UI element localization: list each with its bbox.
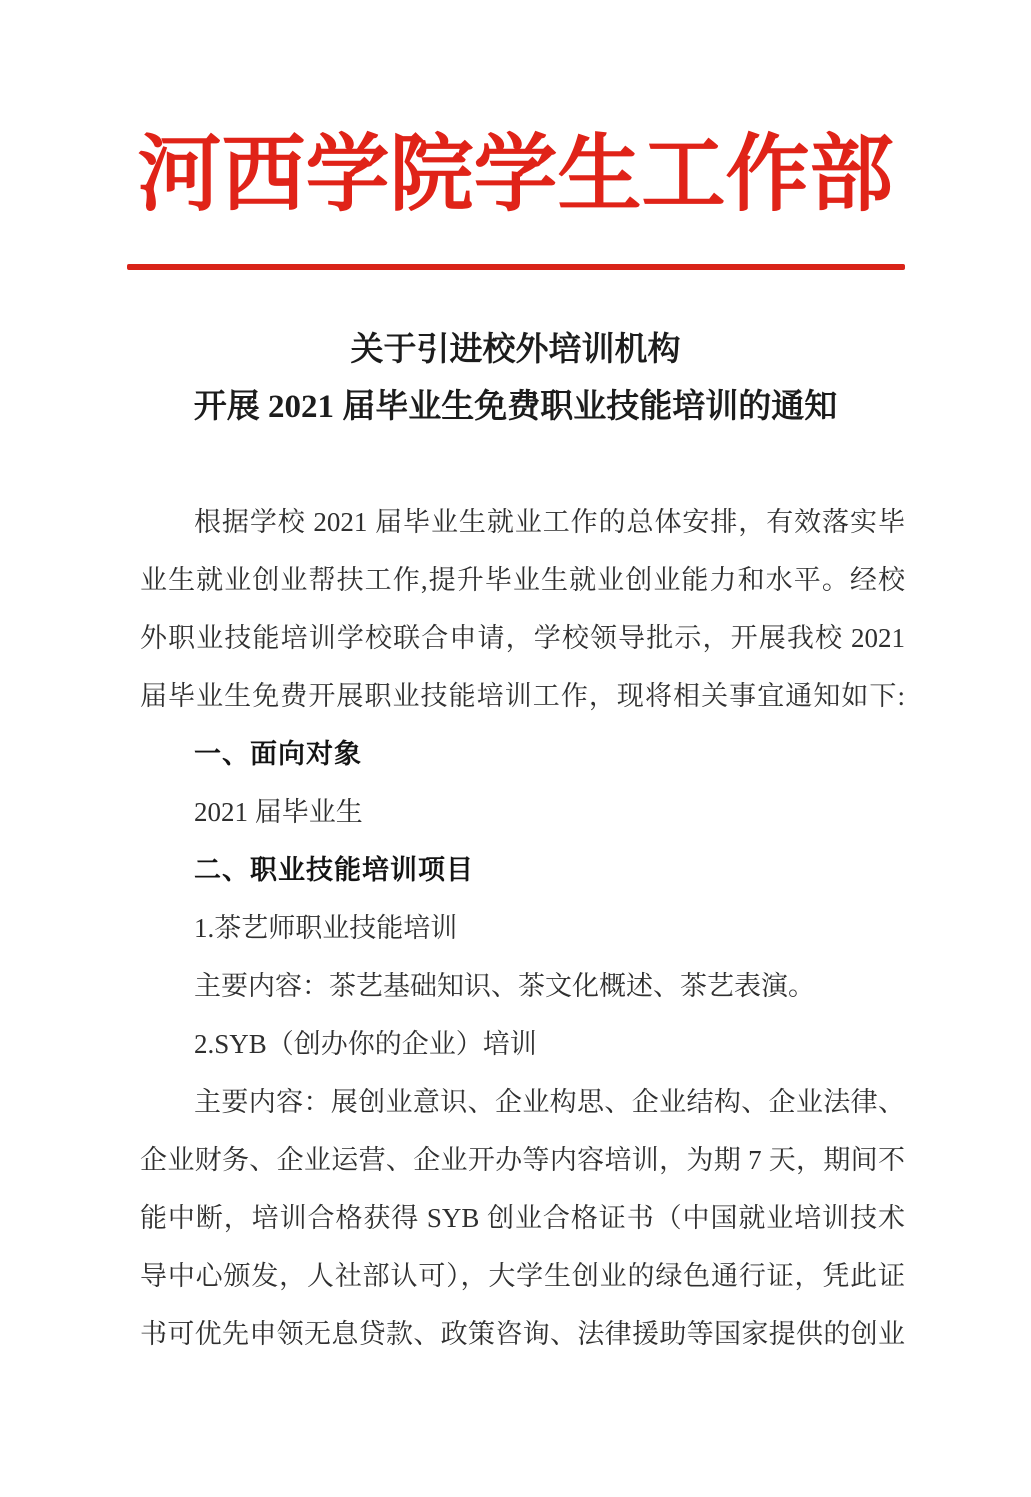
section-heading: 二、职业技能培训项目 [140, 841, 905, 899]
document-body: 根据学校 2021 届毕业生就业工作的总体安排，有效落实毕业生就业创业帮扶工作,… [140, 493, 905, 1363]
section-heading: 一、面向对象 [140, 725, 905, 783]
document-title-line-1: 关于引进校外培训机构 [63, 322, 968, 379]
body-line: 业生就业创业帮扶工作,提升毕业生就业创业能力和水平。经校 [140, 551, 905, 609]
document-page: 河西学院学生工作部 关于引进校外培训机构 开展 2021 届毕业生免费职业技能培… [0, 0, 1031, 1497]
body-line: 能中断，培训合格获得 SYB 创业合格证书（中国就业培训技术指 [140, 1189, 905, 1247]
org-banner: 河西学院学生工作部 [64, 126, 967, 226]
body-line: 企业财务、企业运营、企业开办等内容培训，为期 7 天，期间不 [140, 1131, 905, 1189]
body-line: 根据学校 2021 届毕业生就业工作的总体安排，有效落实毕 [140, 493, 905, 551]
body-line: 书可优先申领无息贷款、政策咨询、法律援助等国家提供的创业 [140, 1305, 905, 1363]
body-line: 主要内容：展创业意识、企业构思、企业结构、企业法律、 [140, 1073, 905, 1131]
body-line: 主要内容：茶艺基础知识、茶文化概述、茶艺表演。 [140, 957, 905, 1015]
body-line: 2.SYB（创办你的企业）培训 [140, 1015, 905, 1073]
document-title-line-2: 开展 2021 届毕业生免费职业技能培训的通知 [63, 379, 968, 436]
body-line: 2021 届毕业生 [140, 783, 905, 841]
banner-rule [127, 264, 905, 270]
body-line: 外职业技能培训学校联合申请，学校领导批示，开展我校 2021 [140, 609, 905, 667]
document-title: 关于引进校外培训机构 开展 2021 届毕业生免费职业技能培训的通知 [63, 322, 968, 436]
body-line: 届毕业生免费开展职业技能培训工作，现将相关事宜通知如下: [140, 667, 905, 725]
body-line: 导中心颁发，人社部认可），大学生创业的绿色通行证，凭此证 [140, 1247, 905, 1305]
body-line: 1.茶艺师职业技能培训 [140, 899, 905, 957]
